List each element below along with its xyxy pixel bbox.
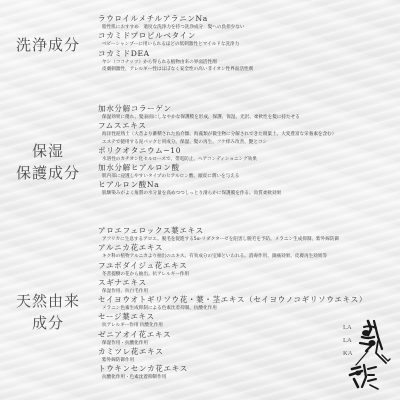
ingredient-name: フユボダイジュ花エキス <box>98 261 398 271</box>
section-title-line: 天然由来 <box>0 290 96 312</box>
ingredient-name: アルニカ花エキス <box>98 243 398 253</box>
ingredient-name: コカミドプロピルベタイン <box>98 31 398 41</box>
ingredient-name: ラウロイルメチルアラニンNa <box>98 14 398 24</box>
ingredient-name: ヒアルロン酸Na <box>98 180 398 190</box>
ingredient-item: ポリクオタニウム−10 水溶性のカチオン化セルロースで、帯電防止、ヘアコンディシ… <box>98 146 398 163</box>
ingredient-item: ラウロイルメチルアラニンNa 脂性肌におすすめ 適度な洗浄力を持つ洗浄成分 髪へ… <box>98 14 398 31</box>
ingredient-desc: 保湿効果に優れ、髪表面にしなやかな保護膜を形成、保護、保湿、光沢、柔軟性を髪に持… <box>98 114 398 121</box>
section-title-line: 保護成分 <box>0 162 96 184</box>
ingredient-item: フムスエキス 海洋性泥熟土（大昔より蓄積された魚介類、海藻類が微生物に分解されで… <box>98 121 398 146</box>
ingredient-list-moisturizing: 加水分解コラーゲン 保湿効果に優れ、髪表面にしなやかな保護膜を形成、保護、保湿、… <box>98 104 398 198</box>
section-title-cleansing: 洗浄成分 <box>0 34 96 56</box>
ingredient-name: 加水分解コラーゲン <box>98 104 398 114</box>
brand-logo: LA LA KA <box>338 315 400 395</box>
ingredient-item: 加水分解コラーゲン 保湿効果に優れ、髪表面にしなやかな保護膜を形成、保護、保湿、… <box>98 104 398 121</box>
ingredient-desc: 皮膚刺激性、アレルギー性はほぼなく安全性の高い非イオン性界面活性剤 <box>98 66 398 73</box>
ingredient-desc: 海洋性泥熟土（大昔より蓄積された魚介類、海藻類が微生物に分解されできた腐葉土、大… <box>98 131 398 138</box>
ingredient-desc: 脂性肌におすすめ 適度な洗浄力を持つ洗浄成分 髪への負担少ない <box>98 24 398 31</box>
ingredient-name: セイヨウオトギリソウ花・葉・茎エキス（セイヨウノコギリソウエキス） <box>98 295 398 305</box>
ingredient-item: 加水分解ヒアルロン酸 肌内部に浸透しやすいタイプのヒアルロン酸、頭皮に潤いを与え… <box>98 163 398 180</box>
ingredient-desc: エステで使用する泥パックと同成分。保湿、髪の再生、フケ痒み改善、艶とコシ <box>98 139 398 146</box>
calligraphy-mark-icon <box>338 315 400 395</box>
section-title-line: 保湿 <box>0 140 96 162</box>
ingredient-item: コカミドDEA ヤシ（ココナッツ）から得られる植物由来の界面活性剤 皮膚刺激性、… <box>98 49 398 74</box>
ingredient-desc: ヤシ（ココナッツ）から得られる植物由来の界面活性剤 <box>98 59 398 66</box>
ingredient-item: スギナエキス 保湿作用、抗白毛作用 <box>98 278 398 295</box>
section-title-text: 洗浄成分 <box>16 36 80 54</box>
ingredient-desc: キク科の植物アルニカより抽出のエキス。有効成分の宝庫といわれる。消毒作用、鎮痛効… <box>98 253 398 260</box>
ingredient-item: セイヨウオトギリソウ花・葉・茎エキス（セイヨウノコギリソウエキス） メラニン色素… <box>98 295 398 312</box>
ingredient-item: アロエフェロックス葉エキス アフリカに生息するアロエ。脱毛を促進する5α-リダク… <box>98 226 398 243</box>
ingredient-desc: 肌馴染みがよく角質の水分量を高めつつしっとり滑らかに保護膜を作る。角質柔軟効果 <box>98 190 398 197</box>
ingredient-desc: ベビーシャンプーに用いられるほどの低刺激性とマイルドな洗浄力 <box>98 41 398 48</box>
ingredient-name: ポリクオタニウム−10 <box>98 146 398 156</box>
section-title-moisturizing: 保湿 保護成分 <box>0 140 96 184</box>
ingredient-list-cleansing: ラウロイルメチルアラニンNa 脂性肌におすすめ 適度な洗浄力を持つ洗浄成分 髪へ… <box>98 14 398 73</box>
ingredient-item: アルニカ花エキス キク科の植物アルニカより抽出のエキス。有効成分の宝庫といわれる… <box>98 243 398 260</box>
ingredient-desc: 冬菩提樹の花から抽出。抗アレルギー作用 <box>98 271 398 278</box>
ingredient-name: スギナエキス <box>98 278 398 288</box>
section-title-line: 成分 <box>0 312 96 334</box>
ingredient-name: アロエフェロックス葉エキス <box>98 226 398 236</box>
ingredient-item: フユボダイジュ花エキス 冬菩提樹の花から抽出。抗アレルギー作用 <box>98 261 398 278</box>
section-title-natural: 天然由来 成分 <box>0 290 96 334</box>
ingredient-item: ヒアルロン酸Na 肌馴染みがよく角質の水分量を高めつつしっとり滑らかに保護膜を作… <box>98 180 398 197</box>
ingredient-name: フムスエキス <box>98 121 398 131</box>
ingredient-item: コカミドプロピルベタイン ベビーシャンプーに用いられるほどの低刺激性とマイルドな… <box>98 31 398 48</box>
ingredient-name: 加水分解ヒアルロン酸 <box>98 163 398 173</box>
ingredient-name: コカミドDEA <box>98 49 398 59</box>
